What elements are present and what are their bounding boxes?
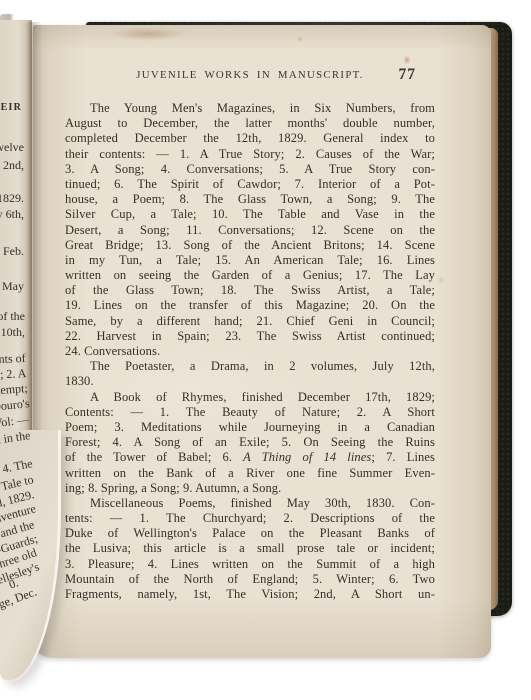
left-page-fragment: welve [0, 141, 24, 154]
text-line: Fragments, namely, 1st, The Vision; 2nd,… [65, 587, 435, 602]
right-page: JUVENILE WORKS IN MANUSCRIPT. 77 The You… [33, 25, 491, 658]
left-page-fragment: l 2nd, [0, 159, 24, 172]
text-line: of the Tower of Babel; 6. A Thing of 14 … [65, 450, 435, 465]
left-page-fragment: , May [0, 280, 24, 293]
text-line: Same, by a different hand; 21. Chief Gen… [65, 314, 435, 329]
running-title: JUVENILE WORKS IN MANUSCRIPT. [136, 69, 363, 81]
text-line: house, a Poem; 8. The Glass Town, a Song… [65, 192, 435, 207]
left-page-fragment: tents of [0, 352, 26, 366]
text-line: the Lusiva; this article is a small pros… [65, 541, 435, 556]
text-line: Mountain of the North of England; 5. Win… [65, 572, 435, 587]
left-page-fragment: , Feb. [0, 245, 24, 258]
body-text: The Young Men's Magazines, in Six Number… [65, 101, 435, 602]
page-text-column: JUVENILE WORKS IN MANUSCRIPT. 77 The You… [65, 69, 435, 602]
text-line: Great Bridge; 13. Song of the Ancient Br… [65, 238, 435, 253]
left-page-fragment: t in the [0, 429, 31, 447]
text-line: written on seeing the Garden of a Genius… [65, 268, 435, 283]
page-number: 77 [399, 66, 417, 84]
text-line: Silver Cup, a Tale; 10. The Table and Va… [65, 207, 435, 222]
text-line: their contents: — 1. A True Story; 2. Ca… [65, 147, 435, 162]
left-page-fragment: e of the [0, 310, 25, 323]
text-line: tents: — 1. The Churchyard; 2. Descripti… [65, 511, 435, 526]
left-page-fragment: e 10th, [0, 326, 25, 339]
running-header: JUVENILE WORKS IN MANUSCRIPT. 77 [65, 69, 435, 85]
left-page-fragment: 1829. [0, 192, 24, 205]
text-line: 22. Harvest in Spain; 23. The Swiss Arti… [65, 329, 435, 344]
text-line: 1830. [65, 374, 435, 389]
left-page-fragment: y 6th, [0, 208, 24, 221]
left-page-fragment: ; 2. A [0, 367, 26, 381]
text-line: Forest; 4. A Song of an Exile; 5. On See… [65, 435, 435, 450]
left-page-fragment: Age, Dec. [0, 585, 38, 614]
text-line: of the Glass Town; 18. The Swiss Artist,… [65, 283, 435, 298]
text-line: 24. Conversations. [65, 344, 435, 359]
text-line: The Poetaster, a Drama, in 2 volumes, Ju… [65, 359, 435, 374]
text-line: ing; 8. Spring, a Song; 9. Autumn, a Son… [65, 481, 435, 496]
text-line: written on the Bank of a River one fine … [65, 466, 435, 481]
text-line: in my Tun, a Tale; 15. An American Tale;… [65, 253, 435, 268]
text-line: 19. Lines on the transfer of this Magazi… [65, 298, 435, 313]
book-photo: JUVENILE WORKS IN MANUSCRIPT. 77 The You… [0, 0, 531, 700]
text-line: The Young Men's Magazines, in Six Number… [65, 101, 435, 116]
text-line: Miscellaneous Poems, finished May 30th, … [65, 496, 435, 511]
text-line: tinued; 6. The Spirit of Cawdor; 7. Inte… [65, 177, 435, 192]
left-page-fragment: EIR [1, 101, 22, 114]
text-line: Duke of Wellington's Palace on the Pleas… [65, 526, 435, 541]
text-line: Contents: — 1. The Beauty of Nature; 2. … [65, 405, 435, 420]
text-line: Desert, a Song; 11. Conversations; 12. S… [65, 223, 435, 238]
text-line: completed December the 12th, 1829. Gener… [65, 131, 435, 146]
text-line: Poem; 3. Meditations while Journeying in… [65, 420, 435, 435]
text-line: 3. Pleasure; 4. Lines written on the Sum… [65, 557, 435, 572]
text-line: 3. A Song; 4. Conversations; 5. A True S… [65, 162, 435, 177]
text-line: August to December, the latter months' d… [65, 116, 435, 131]
left-page-fragments: EIRwelvel 2nd,1829.y 6th,, Feb., Maye of… [0, 0, 58, 700]
text-line: A Book of Rhymes, finished December 17th… [65, 390, 435, 405]
